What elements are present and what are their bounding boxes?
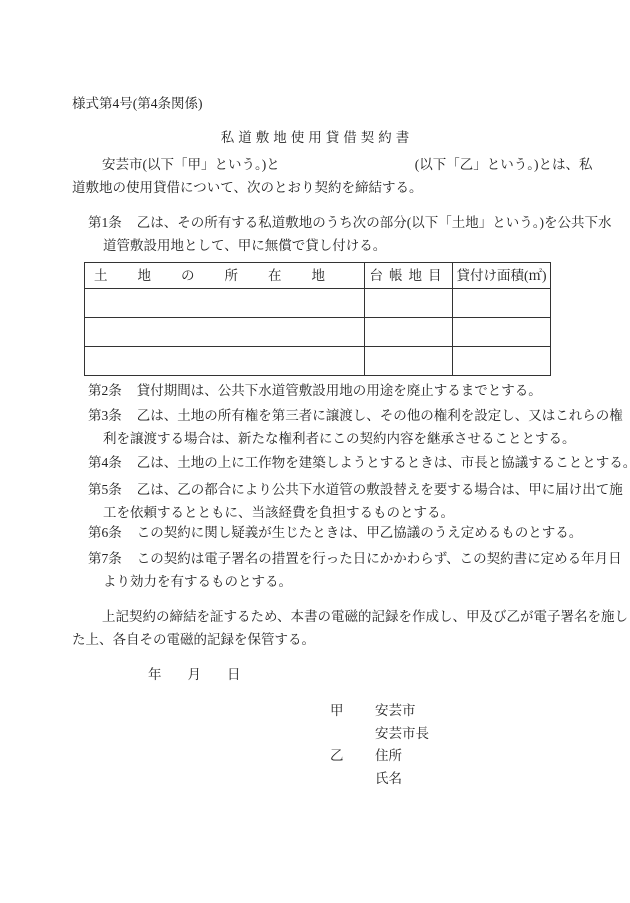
closing-paragraph: 上記契約の締結を証するため、本書の電磁的記録を作成し、甲及び乙が電子署名を施し … (72, 605, 628, 651)
article-6-text: この契約に関し疑義が生じたときは、甲乙協議のうえ定めるものとする。 (137, 525, 583, 540)
party-b-label: 乙 (330, 745, 375, 768)
party-a-label: 甲 (330, 700, 375, 723)
party-b-address-label: 住所 (375, 748, 402, 763)
party-b-text: (以下「乙」という。)とは、私 (415, 157, 593, 172)
cell-location-3 (85, 347, 365, 376)
month-label: 月 (188, 667, 202, 682)
land-table: 土地の所在地 台帳地目 貸付け面積(㎡) (84, 262, 551, 376)
article-3-text: 乙は、土地の所有権を第三者に譲渡し、その他の権利を設定し、又はこれらの権 (137, 408, 623, 423)
signature-row-party-a-title: 安芸市長 (330, 723, 429, 746)
form-number: 様式第4号(第4条関係) (72, 92, 203, 115)
cell-category-2 (365, 318, 453, 347)
article-1-text: 乙は、その所有する私道敷地のうち次の部分(以下「土地」という。)を公共下水 (137, 215, 612, 230)
party-b-name-label: 氏名 (375, 771, 402, 786)
contract-page: 様式第4号(第4条関係) 私道敷地使用貸借契約書 安芸市(以下「甲」という。)と… (0, 0, 630, 903)
land-table-header-row: 土地の所在地 台帳地目 貸付け面積(㎡) (85, 263, 551, 289)
article-3-number: 第3条 (88, 408, 122, 423)
col-header-land-location: 土地の所在地 (85, 263, 365, 289)
cell-location-2 (85, 318, 365, 347)
day-label: 日 (227, 667, 241, 682)
article-4: 第4条乙は、土地の上に工作物を建築しようとするときは、市長と協議することとする。 (72, 451, 630, 474)
article-1-number: 第1条 (88, 215, 122, 230)
cell-location-1 (85, 289, 365, 318)
article-5-text: 乙は、乙の都合により公共下水道管の敷設替えを要する場合は、甲に届け出て施 (137, 482, 623, 497)
article-1-text-cont: 道管敷設用地として、甲に無償で貸し付ける。 (72, 234, 612, 257)
year-label: 年 (148, 667, 162, 682)
article-1: 第1条乙は、その所有する私道敷地のうち次の部分(以下「土地」という。)を公共下水… (72, 211, 612, 257)
cell-area-3 (453, 347, 551, 376)
party-a-text: 安芸市(以下「甲」という。)と (102, 157, 280, 172)
article-5-number: 第5条 (88, 482, 122, 497)
article-5: 第5条乙は、乙の都合により公共下水道管の敷設替えを要する場合は、甲に届け出て施 … (72, 478, 623, 524)
article-7-text-cont: より効力を有するものとする。 (72, 570, 622, 593)
date-line: 年月日 (148, 663, 241, 686)
table-row (85, 289, 551, 318)
article-7-number: 第7条 (88, 551, 122, 566)
document-title: 私道敷地使用貸借契約書 (0, 126, 630, 149)
signature-block: 甲安芸市 安芸市長 乙住所 氏名 (330, 700, 429, 791)
article-4-text: 乙は、土地の上に工作物を建築しようとするときは、市長と協議することとする。 (137, 455, 630, 470)
party-b-name-blank (280, 168, 415, 169)
cell-category-1 (365, 289, 453, 318)
table-row (85, 318, 551, 347)
opening-line2: 道敷地の使用貸借について、次のとおり契約を締結する。 (72, 176, 593, 199)
article-6-number: 第6条 (88, 525, 122, 540)
col-header-lease-area: 貸付け面積(㎡) (453, 263, 551, 289)
article-3: 第3条乙は、土地の所有権を第三者に譲渡し、その他の権利を設定し、又はこれらの権 … (72, 404, 623, 450)
article-2: 第2条貸付期間は、公共下水道管敷設用地の用途を廃止するまでとする。 (72, 379, 542, 402)
party-a-name: 安芸市 (375, 703, 416, 718)
closing-line1: 上記契約の締結を証するため、本書の電磁的記録を作成し、甲及び乙が電子署名を施し (72, 605, 628, 628)
article-7: 第7条この契約は電子署名の措置を行った日にかかわらず、この契約書に定める年月日 … (72, 547, 622, 593)
cell-area-2 (453, 318, 551, 347)
signature-row-party-b-name: 氏名 (330, 768, 429, 791)
cell-category-3 (365, 347, 453, 376)
article-2-text: 貸付期間は、公共下水道管敷設用地の用途を廃止するまでとする。 (137, 383, 542, 398)
col-header-register-category: 台帳地目 (365, 263, 453, 289)
signature-row-party-a: 甲安芸市 (330, 700, 429, 723)
article-4-number: 第4条 (88, 455, 122, 470)
table-row (85, 347, 551, 376)
closing-line2: た上、各自その電磁的記録を保管する。 (72, 628, 628, 651)
opening-paragraph: 安芸市(以下「甲」という。)と(以下「乙」という。)とは、私 道敷地の使用貸借に… (72, 153, 593, 199)
article-2-number: 第2条 (88, 383, 122, 398)
cell-area-1 (453, 289, 551, 318)
signature-row-party-b: 乙住所 (330, 745, 429, 768)
article-3-text-cont: 利を譲渡する場合は、新たな権利者にこの契約内容を継承させることとする。 (72, 427, 623, 450)
article-6: 第6条この契約に関し疑義が生じたときは、甲乙協議のうえ定めるものとする。 (72, 521, 582, 544)
party-a-title: 安芸市長 (375, 726, 429, 741)
article-7-text: この契約は電子署名の措置を行った日にかかわらず、この契約書に定める年月日 (137, 551, 622, 566)
